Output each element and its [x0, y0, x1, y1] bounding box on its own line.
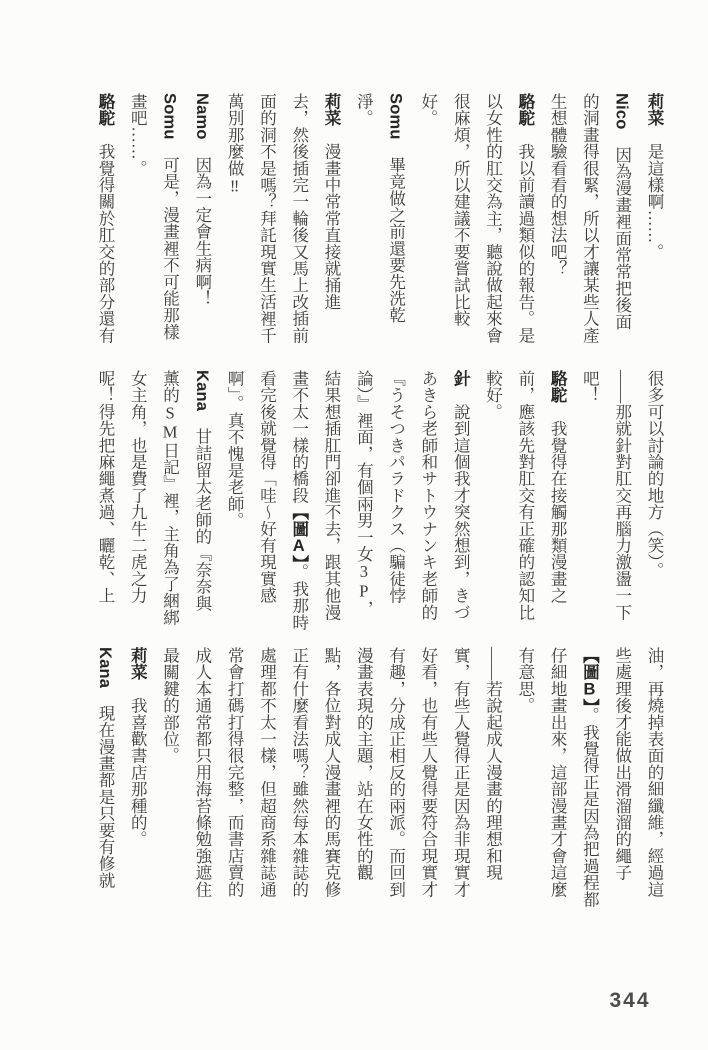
text-column: Somu 畢竟做之前還要先洗乾	[379, 93, 411, 345]
text-column: 有意思。	[509, 647, 541, 899]
column-text: 最關鍵的部位。	[161, 647, 180, 764]
text-column: 畫吧……。	[121, 93, 153, 345]
column-text: 好。	[419, 93, 438, 126]
column-text: 因為一定會生病啊！	[193, 140, 212, 307]
text-column: 實，有些人覺得正是因為非現實才	[444, 647, 476, 899]
text-column: 的洞畫得很緊，所以才讓某些人產	[573, 93, 605, 345]
column-text: 實，有些人覺得正是因為非現實才	[451, 647, 470, 898]
column-text: 啊」。真不愧是老師。	[225, 370, 244, 529]
column-text: 很多可以討論的地方（笑）。	[645, 370, 664, 579]
text-column: 正有什麼看法嗎？雖然每本雜誌的	[282, 647, 314, 899]
text-column: 去，然後插完一輪後又馬上改插前	[282, 93, 314, 345]
text-column: 生想體驗看看的想法吧？	[541, 93, 573, 345]
text-column: 淨。	[347, 93, 379, 345]
speaker-name: Kana	[96, 647, 114, 688]
column-text: 些處理後才能做出滑溜溜的繩子	[613, 647, 632, 881]
speaker-name: 針	[451, 370, 469, 387]
column-text: 我覺得關於肛交的部分還有	[96, 126, 115, 343]
column-text: 較好。	[484, 370, 503, 420]
text-column: 成人本通常都只用海苔條勉強遮住	[186, 647, 218, 899]
speaker-name: 駱駝	[96, 93, 114, 126]
column-text: ，	[354, 601, 373, 618]
text-column: 前，應該先對肛交有正確的認知比	[509, 370, 541, 622]
column-text: 正有什麼看法嗎？雖然每本雜誌的	[290, 647, 309, 898]
column-text: 面的洞不是嗎？拜託現實生活裡千	[257, 93, 276, 344]
text-column: 論）』裡面，有個兩男一女3P，	[347, 370, 379, 622]
text-column: 很多可以討論的地方（笑）。	[638, 370, 670, 622]
text-column: Nico 因為漫畫裡面常常把後面	[605, 93, 637, 345]
text-column: 好。	[412, 93, 444, 345]
text-column: 呢！得先把麻繩煮過、曬乾、上	[89, 370, 121, 622]
page-number: 344	[602, 989, 658, 1013]
figure-ref: 】	[580, 699, 598, 707]
speaker-name: 莉菜	[645, 93, 663, 126]
upright-text: SM	[161, 403, 180, 441]
text-column: 萬別那麼做‼	[218, 93, 250, 345]
text-column: 針 說到這個我才突然想到，きづ	[444, 370, 476, 622]
text-column: 漫畫表現的主題，站在女性的觀	[347, 647, 379, 899]
figure-ref: 【圖	[290, 504, 308, 537]
column-text: 以女性的肛交為主，聽說做起來會	[484, 93, 503, 344]
text-column: 莉菜 我喜歡書店那種的。	[121, 647, 153, 899]
column-text: 我以前讀過類似的報告。是	[516, 126, 535, 343]
text-column: 駱駝 我覺得關於肛交的部分還有	[89, 93, 121, 345]
column-text: 常會打碼打得很完整，而書店賣的	[225, 647, 244, 898]
column-text: 漫畫中常常直接就捅進	[322, 126, 341, 310]
speaker-name: Somu	[387, 93, 405, 140]
column-text: 油，再燒掉表面的細纖維，經過這	[645, 647, 664, 898]
text-column: 常會打碼打得很完整，而書店賣的	[218, 647, 250, 899]
text-column: 畫不太一樣的橋段【圖A】。我那時	[282, 370, 314, 622]
text-band-bottom: 油，再燒掉表面的細纖維，經過這些處理後才能做出滑溜溜的繩子【圖B】。我覺得正是因…	[89, 647, 670, 899]
column-text: 。我那時	[290, 564, 309, 631]
column-text: 。我覺得正是因為把過程都	[580, 707, 599, 907]
column-text: 因為漫畫裡面常常把後面	[613, 130, 632, 330]
column-text: 薰的	[161, 370, 180, 403]
column-text: 結果想插肛門卻進不去，跟其他漫	[322, 370, 341, 621]
column-text: 是這樣啊……。	[645, 126, 664, 260]
column-text: 處理都不太一樣，但超商系雜誌通	[257, 647, 276, 898]
column-text: 甘詰留太老師的『奈奈與	[193, 411, 212, 611]
text-column: 處理都不太一樣，但超商系雜誌通	[250, 647, 282, 899]
speaker-name: Somu	[161, 93, 179, 140]
text-column: 好看，也有些人覺得要符合現實才	[412, 647, 444, 899]
figure-ref: 【圖	[580, 647, 598, 680]
column-text: ——若說起成人漫畫的理想和現	[484, 647, 503, 881]
column-text: 的洞畫得很緊，所以才讓某些人產	[580, 93, 599, 344]
text-column: 以女性的肛交為主，聽說做起來會	[476, 93, 508, 345]
text-column: Kana 甘詰留太老師的『奈奈與	[186, 370, 218, 622]
column-text: 可是，漫畫裡不可能那樣	[161, 140, 180, 340]
text-column: 面的洞不是嗎？拜託現實生活裡千	[250, 93, 282, 345]
column-text: 女主角，也是費了九牛二虎之力	[128, 370, 147, 604]
column-text: 漫畫表現的主題，站在女性的觀	[354, 647, 373, 881]
column-text: 呢！得先把麻繩煮過、曬乾、上	[96, 370, 115, 604]
text-column: 點，各位對成人漫畫裡的馬賽克修	[315, 647, 347, 899]
upright-text: ‼	[225, 177, 244, 196]
text-column: 女主角，也是費了九牛二虎之力	[121, 370, 153, 622]
column-text: 畢竟做之前還要先洗乾	[387, 140, 406, 324]
column-text: 看完後就覺得「哇～好有現實感	[257, 370, 276, 604]
text-column: ——那就針對肛交再腦力激盪一下	[605, 370, 637, 622]
column-text: 吧！	[580, 370, 599, 403]
column-text: 點，各位對成人漫畫裡的馬賽克修	[322, 647, 341, 898]
speaker-name: 駱駝	[516, 93, 534, 126]
text-column: あきら老師和サトウナンキ老師的	[412, 370, 444, 622]
column-text: 我覺得在接觸那類漫畫之	[548, 403, 567, 603]
text-column: 【圖B】。我覺得正是因為把過程都	[573, 647, 605, 899]
book-page: 莉菜 是這樣啊……。Nico 因為漫畫裡面常常把後面的洞畫得很緊，所以才讓某些人…	[0, 0, 708, 1050]
text-column: 些處理後才能做出滑溜溜的繩子	[605, 647, 637, 899]
text-column: 駱駝 我以前讀過類似的報告。是	[509, 93, 541, 345]
text-column: 最關鍵的部位。	[153, 647, 185, 899]
text-column: 薰的SM日記』裡，主角為了綑綁	[153, 370, 185, 622]
column-text: 論）』裡面，有個兩男一女	[354, 370, 373, 562]
text-column: 莉菜 漫畫中常常直接就捅進	[315, 93, 347, 345]
text-band-top: 莉菜 是這樣啊……。Nico 因為漫畫裡面常常把後面的洞畫得很緊，所以才讓某些人…	[89, 93, 670, 345]
figure-ref-letter: A	[290, 537, 308, 555]
text-column: ——若說起成人漫畫的理想和現	[476, 647, 508, 899]
text-column: 結果想插肛門卻進不去，跟其他漫	[315, 370, 347, 622]
column-text: 畫吧……。	[128, 93, 147, 177]
column-text: ——那就針對肛交再腦力激盪一下	[613, 370, 632, 621]
column-text: 生想體驗看看的想法吧？	[548, 93, 567, 277]
column-text: 有趣，分成正相反的兩派。而回到	[387, 647, 406, 898]
column-text: 有意思。	[516, 647, 535, 714]
column-text: 成人本通常都只用海苔條勉強遮住	[193, 647, 212, 898]
text-column: 較好。	[476, 370, 508, 622]
text-column: 啊」。真不愧是老師。	[218, 370, 250, 622]
column-text: 仔細地畫出來，這部漫畫才會這麼	[548, 647, 567, 898]
speaker-name: 莉菜	[322, 93, 340, 126]
text-column: Namo 因為一定會生病啊！	[186, 93, 218, 345]
column-text: 『うそつきパラドクス（騙徒悖	[387, 370, 406, 604]
column-text: 現在漫畫都是只要有修就	[96, 688, 115, 888]
text-column: 有趣，分成正相反的兩派。而回到	[379, 647, 411, 899]
text-column: 仔細地畫出來，這部漫畫才會這麼	[541, 647, 573, 899]
column-text: 淨。	[354, 93, 373, 126]
column-text: 說到這個我才突然想到，きづ	[451, 387, 470, 621]
text-column: Kana 現在漫畫都是只要有修就	[89, 647, 121, 899]
text-column: 油，再燒掉表面的細纖維，經過這	[638, 647, 670, 899]
column-text: 萬別那麼做	[225, 93, 244, 177]
column-text: あきら老師和サトウナンキ老師的	[419, 370, 438, 621]
column-text: 我喜歡書店那種的。	[128, 680, 147, 847]
text-column: 莉菜 是這樣啊……。	[638, 93, 670, 345]
column-text: 去，然後插完一輪後又馬上改插前	[290, 93, 309, 344]
speaker-name: 駱駝	[548, 370, 566, 403]
text-column: 看完後就覺得「哇～好有現實感	[250, 370, 282, 622]
speaker-name: Nico	[613, 93, 631, 130]
speaker-name: 莉菜	[128, 647, 146, 680]
figure-ref: 】	[290, 555, 308, 563]
upright-text: 3P	[354, 562, 373, 600]
column-text: 日記』裡，主角為了綑綁	[161, 442, 180, 626]
speaker-name: Namo	[193, 93, 211, 140]
column-text: 好看，也有些人覺得要符合現實才	[419, 647, 438, 898]
text-column: 『うそつきパラドクス（騙徒悖	[379, 370, 411, 622]
column-text: 前，應該先對肛交有正確的認知比	[516, 370, 535, 621]
text-column: 很麻煩，所以建議不要嘗試比較	[444, 93, 476, 345]
text-band-middle: 很多可以討論的地方（笑）。——那就針對肛交再腦力激盪一下吧！駱駝 我覺得在接觸那…	[89, 370, 670, 622]
figure-ref-letter: B	[580, 680, 598, 698]
text-column: 吧！	[573, 370, 605, 622]
text-column: Somu 可是，漫畫裡不可能那樣	[153, 93, 185, 345]
text-column: 駱駝 我覺得在接觸那類漫畫之	[541, 370, 573, 622]
column-text: 畫不太一樣的橋段	[290, 370, 309, 504]
column-text: 很麻煩，所以建議不要嘗試比較	[451, 93, 470, 327]
speaker-name: Kana	[193, 370, 211, 411]
